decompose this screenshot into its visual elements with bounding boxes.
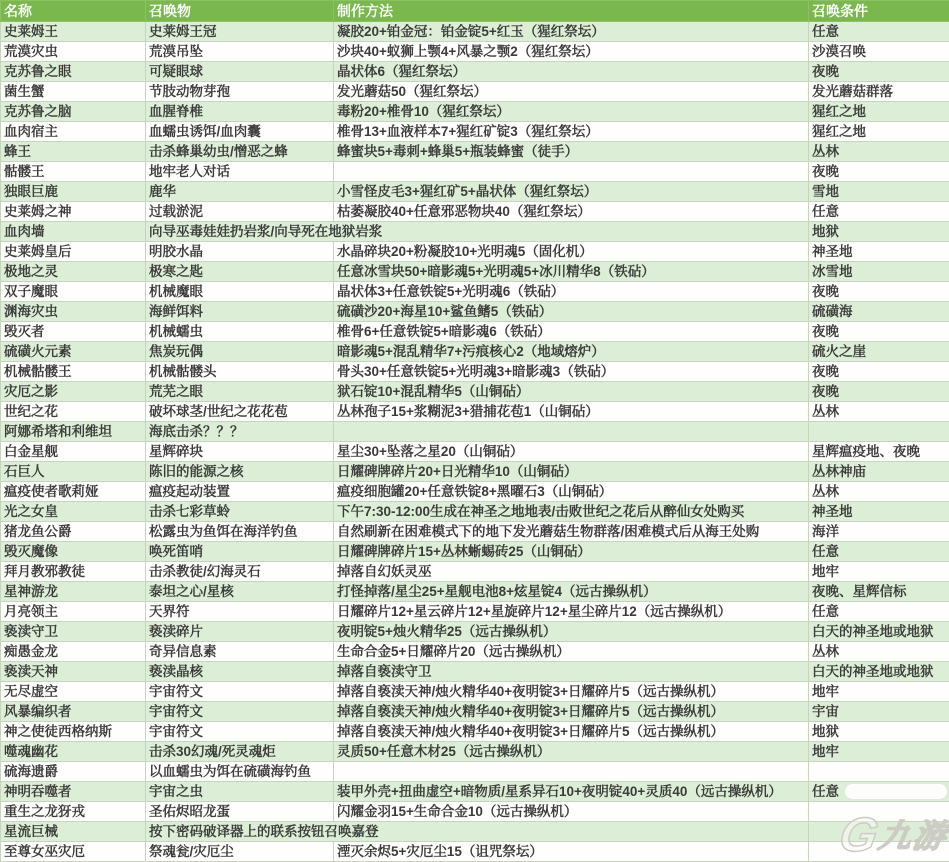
table-cell: 夜晚 <box>809 62 949 82</box>
table-cell: 猩红之地 <box>809 102 949 122</box>
table-cell: 世纪之花 <box>1 402 146 422</box>
table-cell: 宇宙符文 <box>146 702 334 722</box>
table-cell <box>334 162 809 182</box>
table-cell: 亵渎天神 <box>1 662 146 682</box>
table-cell: 风暴编织者 <box>1 702 146 722</box>
table-cell: 夜晚 <box>809 162 949 182</box>
table-row: 独眼巨鹿鹿华小雪怪皮毛3+猩红矿5+晶状体（猩红祭坛）雪地 <box>1 182 949 202</box>
table-row: 世纪之花破坏球茎/世纪之花花苞丛林孢子15+浆糊泥3+猎捕花苞1（山铜砧）丛林 <box>1 402 949 422</box>
table-cell: 宇宙 <box>809 702 949 722</box>
table-row: 血肉墙向导巫毒娃娃扔岩浆/向导死在地狱岩浆地狱 <box>1 222 949 242</box>
table-cell: 祭魂瓮/灾厄尘 <box>146 842 334 862</box>
table-cell: 克苏鲁之脑 <box>1 102 146 122</box>
table-cell: 湮灭余烬5+灾厄尘15（诅咒祭坛） <box>334 842 809 862</box>
table-row: 神之使徒西格纳斯宇宙符文掉落自亵渎天神/烛火精华40+夜明锭3+日耀碎片5（远古… <box>1 722 949 742</box>
boss-summon-table: 名称 召唤物 制作方法 召唤条件 史莱姆王史莱姆王冠凝胶20+铂金冠：铂金锭5+… <box>0 0 949 862</box>
table-cell: 瘟疫起动装置 <box>146 482 334 502</box>
table-cell: 丛林 <box>809 142 949 162</box>
table-row: 白金星舰星辉碎块星尘30+坠落之星20（山铜砧）星辉瘟疫地、夜晚 <box>1 442 949 462</box>
table-cell: 极地之灵 <box>1 262 146 282</box>
table-cell: 白金星舰 <box>1 442 146 462</box>
table-row: 血肉宿主血蠕虫诱饵/血肉囊椎骨13+血液样本7+猩红矿锭3（猩红祭坛）猩红之地 <box>1 122 949 142</box>
table-cell: 奇异信息素 <box>146 642 334 662</box>
table-row: 史莱姆之神过载淤泥枯萎凝胶40+任意邪恶物块40（猩红祭坛）任意 <box>1 202 949 222</box>
table-cell: 毒粉20+椎骨10（猩红祭坛） <box>334 102 809 122</box>
table-cell: 机械魔眼 <box>146 282 334 302</box>
table-cell: 海底击杀？？？ <box>146 422 334 442</box>
table-row: 机械骷髅王机械骷髅头骨头30+任意铁锭5+光明魂3+暗影魂3（铁砧）夜晚 <box>1 362 949 382</box>
table-cell: 沙块40+蚁狮上颚4+风暴之颚2（猩红祭坛） <box>334 42 809 62</box>
table-cell: 荒芜之眼 <box>146 382 334 402</box>
table-cell: 白天的神圣地或地狱 <box>809 662 949 682</box>
table-cell: 机械蠕虫 <box>146 322 334 342</box>
table-cell: 骨头30+任意铁锭5+光明魂3+暗影魂3（铁砧） <box>334 362 809 382</box>
table-row: 骷髅王地牢老人对话夜晚 <box>1 162 949 182</box>
table-cell: 荒漠吊坠 <box>146 42 334 62</box>
table-cell: 晶状体3+任意铁锭5+光明魂6（铁砧） <box>334 282 809 302</box>
table-cell: 自然刷新在困难模式下的地下发光蘑菇生物群落/困难模式后从海王处购 <box>334 522 809 542</box>
table-cell: 掉落自亵渎天神/烛火精华40+夜明锭3+日耀碎片5（远古操纵机） <box>334 702 809 722</box>
table-row: 风暴编织者宇宙符文掉落自亵渎天神/烛火精华40+夜明锭3+日耀碎片5（远古操纵机… <box>1 702 949 722</box>
table-cell: 可疑眼球 <box>146 62 334 82</box>
table-cell: 过载淤泥 <box>146 202 334 222</box>
table-cell: 凝胶20+铂金冠：铂金锭5+红玉（猩红祭坛） <box>334 22 809 42</box>
table-cell: 宇宙符文 <box>146 722 334 742</box>
table-cell: 机械骷髅王 <box>1 362 146 382</box>
table-cell: 下午7:30-12:00生成在神圣之地地表/击败世纪之花后从醉仙女处购买 <box>334 502 809 522</box>
table-cell: 史莱姆王 <box>1 22 146 42</box>
table-cell: 神圣地 <box>809 502 949 522</box>
table-cell <box>334 422 809 442</box>
table-cell: 夜晚、星辉信标 <box>809 582 949 602</box>
table-cell: 噬魂幽花 <box>1 742 146 762</box>
table-cell: 明胶水晶 <box>146 242 334 262</box>
table-cell: 沙漠召唤 <box>809 42 949 62</box>
table-cell: 夜晚 <box>809 322 949 342</box>
table-cell: 丛林神庙 <box>809 462 949 482</box>
table-cell: 双子魔眼 <box>1 282 146 302</box>
table-cell: 菌生蟹 <box>1 82 146 102</box>
table-cell: 节肢动物芽孢 <box>146 82 334 102</box>
table-cell: 瘟疫使者歌莉娅 <box>1 482 146 502</box>
table-cell: 星辉瘟疫地、夜晚 <box>809 442 949 462</box>
table-cell: 椎骨13+血液样本7+猩红矿锭3（猩红祭坛） <box>334 122 809 142</box>
table-cell: 月亮领主 <box>1 602 146 622</box>
table-cell: 宇宙符文 <box>146 682 334 702</box>
table-cell: 地牢 <box>809 682 949 702</box>
table-cell: 蜂王 <box>1 142 146 162</box>
table-cell: 生命合金5+日耀碎片20（远古操纵机） <box>334 642 809 662</box>
table-cell: 血肉墙 <box>1 222 146 242</box>
table-cell: 打怪掉落/星尘25+星舰电池8+炫星锭4（远古操纵机） <box>334 582 809 602</box>
table-row: 亵渎守卫亵渎碎片夜明锭5+烛火精华25（远古操纵机）白天的神圣地或地狱 <box>1 622 949 642</box>
table-cell: 闪耀金羽15+生命合金10（远古操纵机） <box>334 802 809 822</box>
table-cell: 毁灭者 <box>1 322 146 342</box>
table-cell: 掉落自幻妖灵巫 <box>334 562 809 582</box>
table-cell: 击杀30幻魂/死灵魂炬 <box>146 742 334 762</box>
table-row: 克苏鲁之眼可疑眼球晶状体6（猩红祭坛）夜晚 <box>1 62 949 82</box>
table-cell: 掉落自亵渎守卫 <box>334 662 809 682</box>
table-cell: 按下密码破译器上的联系按钮召唤嘉登 <box>146 822 809 842</box>
table-cell: 破坏球茎/世纪之花花苞 <box>146 402 334 422</box>
table-row: 月亮领主天界符日耀碎片12+星云碎片12+星旋碎片12+星尘碎片12（远古操纵机… <box>1 602 949 622</box>
table-cell: 向导巫毒娃娃扔岩浆/向导死在地狱岩浆 <box>146 222 809 242</box>
table-cell: 硫磺海 <box>809 302 949 322</box>
table-cell: 渊海灾虫 <box>1 302 146 322</box>
table-row: 菌生蟹节肢动物芽孢发光蘑菇50（猩红祭坛）发光蘑菇群落 <box>1 82 949 102</box>
table-cell: 骷髅王 <box>1 162 146 182</box>
table-cell: 任意冰雪块50+暗影魂5+光明魂5+冰川精华8（铁砧） <box>334 262 809 282</box>
table-cell: 日耀碎片12+星云碎片12+星旋碎片12+星尘碎片12（远古操纵机） <box>334 602 809 622</box>
table-row: 重生之龙犽戎圣佑烬昭龙蛋闪耀金羽15+生命合金10（远古操纵机） <box>1 802 949 822</box>
table-row: 光之女皇击杀七彩草蛉下午7:30-12:00生成在神圣之地地表/击败世纪之花后从… <box>1 502 949 522</box>
table-row: 瘟疫使者歌莉娅瘟疫起动装置瘟疫细胞罐20+任意铁锭8+黑曜石3（山铜砧）丛林 <box>1 482 949 502</box>
table-cell: 机械骷髅头 <box>146 362 334 382</box>
table-row: 极地之灵极寒之匙任意冰雪块50+暗影魂5+光明魂5+冰川精华8（铁砧）冰雪地 <box>1 262 949 282</box>
table-cell: 猪龙鱼公爵 <box>1 522 146 542</box>
table-cell: 亵渎守卫 <box>1 622 146 642</box>
table-row: 无尽虚空宇宙符文掉落自亵渎天神/烛火精华40+夜明锭3+日耀碎片5（远古操纵机）… <box>1 682 949 702</box>
table-cell: 唤死笛哨 <box>146 542 334 562</box>
table-cell: 鹿华 <box>146 182 334 202</box>
table-cell: 焦炭玩偶 <box>146 342 334 362</box>
page: 名称 召唤物 制作方法 召唤条件 史莱姆王史莱姆王冠凝胶20+铂金冠：铂金锭5+… <box>0 0 949 862</box>
table-row: 阿娜希塔和利维坦海底击杀？？？ <box>1 422 949 442</box>
table-cell: 史莱姆王冠 <box>146 22 334 42</box>
table-cell: 装甲外壳+扭曲虚空+暗物质/星系异石10+夜明锭40+灵质40（远古操纵机） <box>334 782 809 802</box>
table-row: 史莱姆皇后明胶水晶水晶碎块20+粉凝胶10+光明魂5（固化机）神圣地 <box>1 242 949 262</box>
table-row: 硫磺火元素焦炭玩偶暗影魂5+混乱精华7+污痕核心2（地域熔炉）硫火之崖 <box>1 342 949 362</box>
table-cell <box>809 842 949 862</box>
table-cell: 史莱姆皇后 <box>1 242 146 262</box>
table-cell: 毁灭魔像 <box>1 542 146 562</box>
table-row: 渊海灾虫海鲜饵料硫磺沙20+海星10+鲨鱼鳍5（铁砧）硫磺海 <box>1 302 949 322</box>
table-cell <box>809 422 949 442</box>
table-row: 灾厄之影荒芜之眼狱石锭10+混乱精华5（山铜砧）夜晚 <box>1 382 949 402</box>
column-header-summon: 召唤物 <box>146 1 334 22</box>
table-cell: 痴愚金龙 <box>1 642 146 662</box>
table-cell: 丛林孢子15+浆糊泥3+猎捕花苞1（山铜砧） <box>334 402 809 422</box>
table-row: 痴愚金龙奇异信息素生命合金5+日耀碎片20（远古操纵机）丛林 <box>1 642 949 662</box>
table-cell: 椎骨6+任意铁锭5+暗影魂6（铁砧） <box>334 322 809 342</box>
table-cell: 星辉碎块 <box>146 442 334 462</box>
table-row: 史莱姆王史莱姆王冠凝胶20+铂金冠：铂金锭5+红玉（猩红祭坛）任意 <box>1 22 949 42</box>
table-cell: 无尽虚空 <box>1 682 146 702</box>
table-cell: 至尊女巫灾厄 <box>1 842 146 862</box>
table-cell: 击杀七彩草蛉 <box>146 502 334 522</box>
table-cell: 硫火之崖 <box>809 342 949 362</box>
table-cell: 松露虫为鱼饵在海洋钓鱼 <box>146 522 334 542</box>
table-cell: 亵渎碎片 <box>146 622 334 642</box>
table-row: 星流巨械按下密码破译器上的联系按钮召唤嘉登 <box>1 822 949 842</box>
table-cell: 重生之龙犽戎 <box>1 802 146 822</box>
table-cell: 雪地 <box>809 182 949 202</box>
table-cell: 星尘30+坠落之星20（山铜砧） <box>334 442 809 462</box>
table-row: 亵渎天神亵渎晶核掉落自亵渎守卫白天的神圣地或地狱 <box>1 662 949 682</box>
table-cell: 夜晚 <box>809 362 949 382</box>
table-cell: 瘟疫细胞罐20+任意铁锭8+黑曜石3（山铜砧） <box>334 482 809 502</box>
table-row: 双子魔眼机械魔眼晶状体3+任意铁锭5+光明魂6（铁砧）夜晚 <box>1 282 949 302</box>
table-row: 噬魂幽花击杀30幻魂/死灵魂炬灵质50+任意木材25（远古操纵机）地牢 <box>1 742 949 762</box>
table-cell: 阿娜希塔和利维坦 <box>1 422 146 442</box>
table-cell: 丛林 <box>809 482 949 502</box>
table-cell: 小雪怪皮毛3+猩红矿5+晶状体（猩红祭坛） <box>334 182 809 202</box>
table-cell: 克苏鲁之眼 <box>1 62 146 82</box>
table-row: 荒漠灾虫荒漠吊坠沙块40+蚁狮上颚4+风暴之颚2（猩红祭坛）沙漠召唤 <box>1 42 949 62</box>
table-cell: 极寒之匙 <box>146 262 334 282</box>
table-cell: 以血蠕虫为饵在硫磺海钓鱼 <box>146 762 334 782</box>
table-cell: 夜晚 <box>809 382 949 402</box>
table-cell: 任意 <box>809 542 949 562</box>
table-row: 神明吞噬者宇宙之虫装甲外壳+扭曲虚空+暗物质/星系异石10+夜明锭40+灵质40… <box>1 782 949 802</box>
white-censor-patch <box>845 784 947 799</box>
table-cell: 泰坦之心/星核 <box>146 582 334 602</box>
table-cell: 亵渎晶核 <box>146 662 334 682</box>
table-row: 拜月教邪教徒击杀教徒/幻海灵石掉落自幻妖灵巫地牢 <box>1 562 949 582</box>
table-cell: 丛林 <box>809 642 949 662</box>
table-cell: 拜月教邪教徒 <box>1 562 146 582</box>
column-header-condition: 召唤条件 <box>809 1 949 22</box>
table-row: 毁灭魔像唤死笛哨日耀碑牌碎片15+丛林蜥蜴砖25（山铜砧）任意 <box>1 542 949 562</box>
table-row: 星神游龙泰坦之心/星核打怪掉落/星尘25+星舰电池8+炫星锭4（远古操纵机）夜晚… <box>1 582 949 602</box>
table-cell: 夜明锭5+烛火精华25（远古操纵机） <box>334 622 809 642</box>
table-cell: 灾厄之影 <box>1 382 146 402</box>
column-header-name: 名称 <box>1 1 146 22</box>
table-cell: 任意 <box>809 202 949 222</box>
table-cell: 独眼巨鹿 <box>1 182 146 202</box>
table-row: 石巨人陈旧的能源之核日耀碑牌碎片20+日光精华10（山铜砧）丛林神庙 <box>1 462 949 482</box>
table-cell: 海洋 <box>809 522 949 542</box>
table-row: 猪龙鱼公爵松露虫为鱼饵在海洋钓鱼自然刷新在困难模式下的地下发光蘑菇生物群落/困难… <box>1 522 949 542</box>
table-cell: 圣佑烬昭龙蛋 <box>146 802 334 822</box>
table-cell: 击杀蜂巢幼虫/憎恶之蜂 <box>146 142 334 162</box>
table-row: 毁灭者机械蠕虫椎骨6+任意铁锭5+暗影魂6（铁砧）夜晚 <box>1 322 949 342</box>
table-cell: 暗影魂5+混乱精华7+污痕核心2（地域熔炉） <box>334 342 809 362</box>
table-cell: 枯萎凝胶40+任意邪恶物块40（猩红祭坛） <box>334 202 809 222</box>
table-cell: 神之使徒西格纳斯 <box>1 722 146 742</box>
table-cell: 狱石锭10+混乱精华5（山铜砧） <box>334 382 809 402</box>
table-cell: 日耀碑牌碎片15+丛林蜥蜴砖25（山铜砧） <box>334 542 809 562</box>
table-header: 名称 召唤物 制作方法 召唤条件 <box>1 1 949 22</box>
table-cell: 神圣地 <box>809 242 949 262</box>
table-cell: 宇宙之虫 <box>146 782 334 802</box>
table-cell: 陈旧的能源之核 <box>146 462 334 482</box>
column-header-craft: 制作方法 <box>334 1 809 22</box>
table-row: 硫海遗爵以血蠕虫为饵在硫磺海钓鱼 <box>1 762 949 782</box>
table-cell: 发光蘑菇50（猩红祭坛） <box>334 82 809 102</box>
table-cell: 荒漠灾虫 <box>1 42 146 62</box>
table-cell: 星流巨械 <box>1 822 146 842</box>
table-cell: 地牢 <box>809 742 949 762</box>
table-cell: 任意 <box>809 602 949 622</box>
table-cell: 硫磺火元素 <box>1 342 146 362</box>
table-cell: 硫海遗爵 <box>1 762 146 782</box>
table-cell: 掉落自亵渎天神/烛火精华40+夜明锭3+日耀碎片5（远古操纵机） <box>334 682 809 702</box>
table-cell: 地牢 <box>809 562 949 582</box>
table-cell: 血肉宿主 <box>1 122 146 142</box>
table-cell: 石巨人 <box>1 462 146 482</box>
table-cell: 海鲜饵料 <box>146 302 334 322</box>
table-row: 至尊女巫灾厄祭魂瓮/灾厄尘湮灭余烬5+灾厄尘15（诅咒祭坛） <box>1 842 949 862</box>
table-cell: 击杀教徒/幻海灵石 <box>146 562 334 582</box>
table-cell: 星神游龙 <box>1 582 146 602</box>
table-cell: 晶状体6（猩红祭坛） <box>334 62 809 82</box>
table-cell: 天界符 <box>146 602 334 622</box>
table-cell <box>334 762 809 782</box>
table-cell: 发光蘑菇群落 <box>809 82 949 102</box>
table-cell: 硫磺沙20+海星10+鲨鱼鳍5（铁砧） <box>334 302 809 322</box>
boss-table-body: 史莱姆王史莱姆王冠凝胶20+铂金冠：铂金锭5+红玉（猩红祭坛）任意荒漠灾虫荒漠吊… <box>1 22 949 862</box>
table-cell: 血蠕虫诱饵/血肉囊 <box>146 122 334 142</box>
table-cell: 地牢老人对话 <box>146 162 334 182</box>
table-cell: 丛林 <box>809 402 949 422</box>
table-cell: 神明吞噬者 <box>1 782 146 802</box>
table-cell: 掉落自亵渎天神/烛火精华40+夜明锭3+日耀碎片5（远古操纵机） <box>334 722 809 742</box>
table-cell <box>809 762 949 782</box>
table-row: 蜂王击杀蜂巢幼虫/憎恶之蜂蜂蜜块5+毒刺+蜂巢5+瓶装蜂蜜（徒手）丛林 <box>1 142 949 162</box>
table-cell: 史莱姆之神 <box>1 202 146 222</box>
table-cell <box>809 822 949 842</box>
table-cell: 任意 <box>809 22 949 42</box>
table-cell: 白天的神圣地或地狱 <box>809 622 949 642</box>
table-row: 克苏鲁之脑血腥脊椎毒粉20+椎骨10（猩红祭坛）猩红之地 <box>1 102 949 122</box>
table-cell: 夜晚 <box>809 282 949 302</box>
table-cell: 地狱 <box>809 222 949 242</box>
table-cell <box>809 802 949 822</box>
table-cell: 猩红之地 <box>809 122 949 142</box>
table-cell: 血腥脊椎 <box>146 102 334 122</box>
table-cell: 地狱 <box>809 722 949 742</box>
table-cell: 日耀碑牌碎片20+日光精华10（山铜砧） <box>334 462 809 482</box>
table-cell: 蜂蜜块5+毒刺+蜂巢5+瓶装蜂蜜（徒手） <box>334 142 809 162</box>
table-cell: 光之女皇 <box>1 502 146 522</box>
table-cell: 灵质50+任意木材25（远古操纵机） <box>334 742 809 762</box>
table-cell: 冰雪地 <box>809 262 949 282</box>
table-cell: 水晶碎块20+粉凝胶10+光明魂5（固化机） <box>334 242 809 262</box>
